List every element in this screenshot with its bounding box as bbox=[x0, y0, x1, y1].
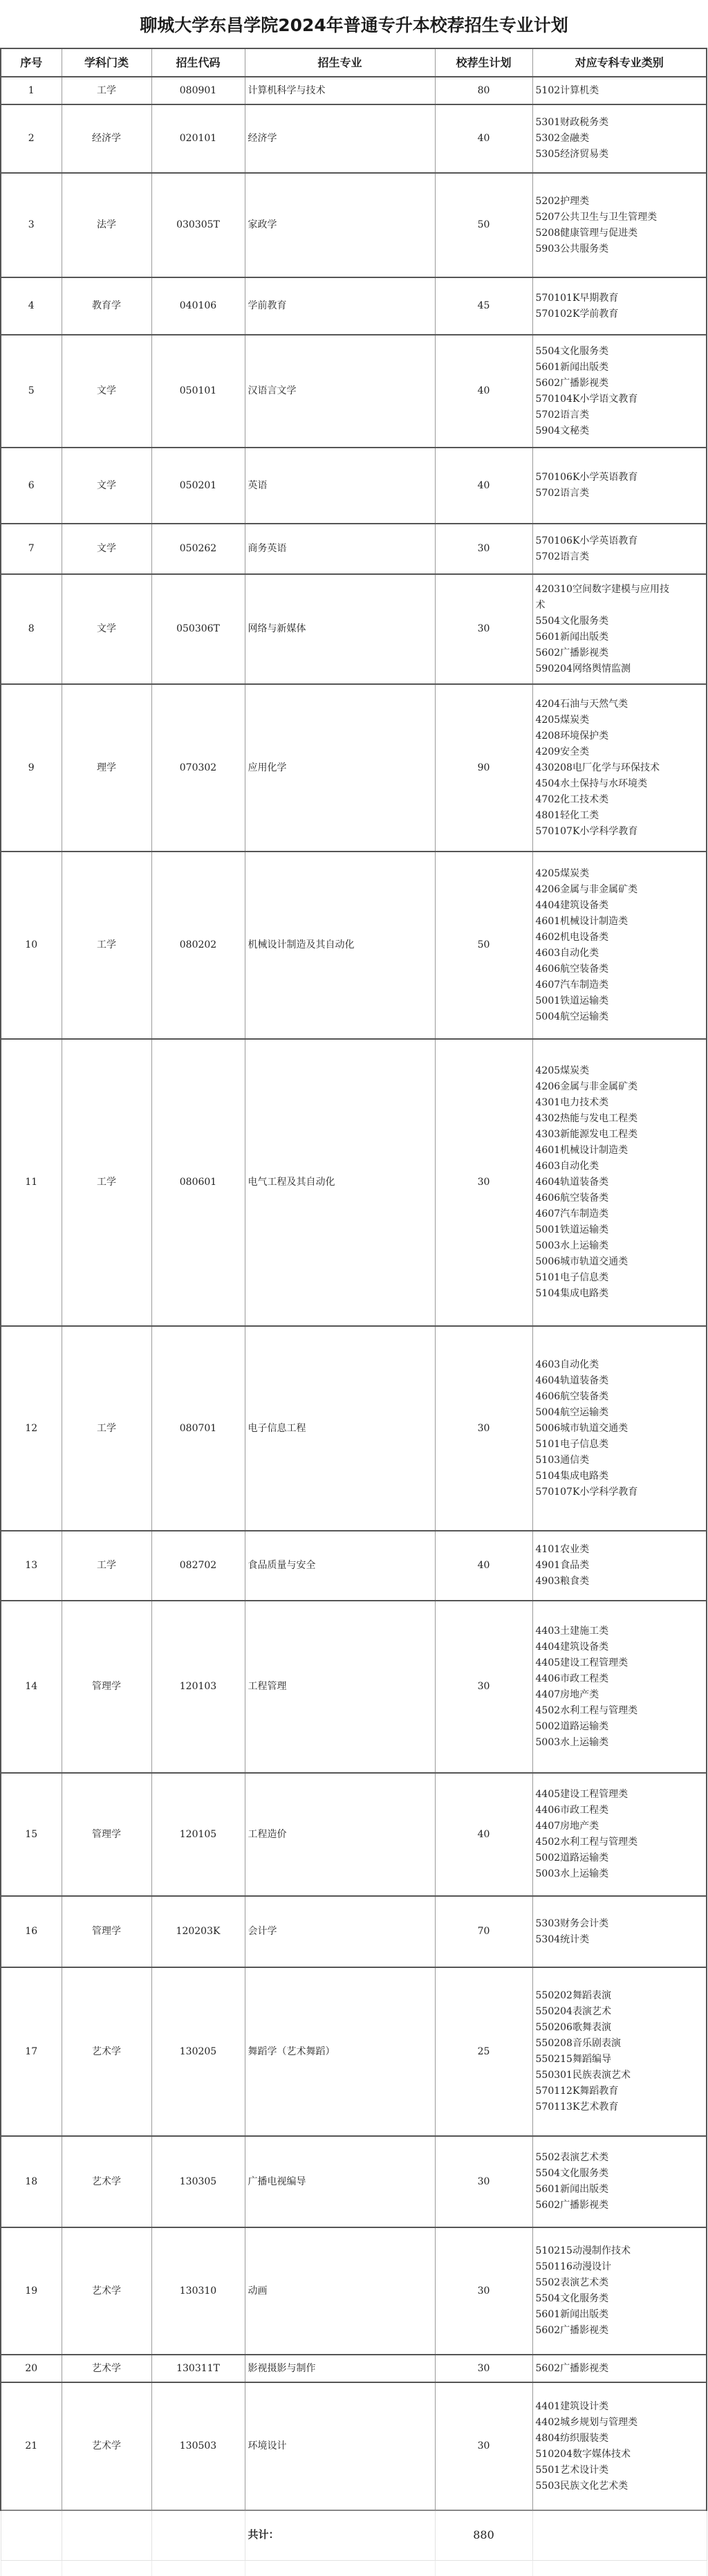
quota-cell: 40 bbox=[435, 448, 532, 524]
source-major-item: 5301财政税务类 bbox=[536, 115, 707, 131]
table-row: 21艺术学130503环境设计304401建筑设计类4402城乡规划与管理类48… bbox=[1, 2382, 707, 2510]
category-cell: 教育学 bbox=[62, 277, 151, 335]
table-row: 6文学050201英语40570106K小学英语教育5702语言类 bbox=[1, 448, 707, 524]
seq-cell: 3 bbox=[1, 173, 62, 277]
code-cell: 030305T bbox=[151, 173, 245, 277]
code-cell: 130503 bbox=[151, 2382, 245, 2510]
major-cell: 网络与新媒体 bbox=[245, 574, 435, 684]
source-major-item: 4206金属与非金属矿类 bbox=[536, 882, 707, 898]
quota-cell: 40 bbox=[435, 335, 532, 448]
source-major-item: 4302热能与发电工程类 bbox=[536, 1111, 707, 1127]
quota-cell: 50 bbox=[435, 173, 532, 277]
quota-cell: 70 bbox=[435, 1896, 532, 1967]
source-major-item: 5601新闻出版类 bbox=[536, 360, 707, 376]
seq-cell: 8 bbox=[1, 574, 62, 684]
table-row: 17艺术学130205舞蹈学（艺术舞蹈）25550202舞蹈表演550204表演… bbox=[1, 1967, 707, 2136]
source-major-item: 4205煤炭类 bbox=[536, 712, 707, 728]
source-major-item: 5004航空运输类 bbox=[536, 1009, 707, 1025]
header-code: 招生代码 bbox=[151, 48, 245, 77]
category-cell: 艺术学 bbox=[62, 2355, 151, 2382]
source-major-item: 4504水土保持与水环境类 bbox=[536, 776, 707, 792]
source-major-item: 4404建筑设备类 bbox=[536, 898, 707, 914]
source-majors-cell: 550202舞蹈表演550204表演艺术550206歌舞表演550208音乐剧表… bbox=[532, 1967, 707, 2136]
category-cell: 工学 bbox=[62, 1326, 151, 1531]
source-major-item: 5504文化服务类 bbox=[536, 2166, 707, 2182]
source-major-item: 430208电厂化学与环保技术 bbox=[536, 760, 707, 776]
table-row: 9理学070302应用化学904204石油与天然气类4205煤炭类4208环境保… bbox=[1, 684, 707, 852]
seq-cell: 15 bbox=[1, 1773, 62, 1896]
source-major-item: 5504文化服务类 bbox=[536, 614, 707, 629]
source-major-item: 4101农业类 bbox=[536, 1542, 707, 1558]
seq-cell: 19 bbox=[1, 2227, 62, 2355]
source-major-item: 570101K早期教育 bbox=[536, 291, 707, 306]
source-major-item: 5601新闻出版类 bbox=[536, 2307, 707, 2323]
major-cell: 动画 bbox=[245, 2227, 435, 2355]
source-major-item: 5302金融类 bbox=[536, 131, 707, 147]
category-cell: 工学 bbox=[62, 1039, 151, 1326]
source-major-item: 5702语言类 bbox=[536, 407, 707, 423]
major-cell: 工程造价 bbox=[245, 1773, 435, 1896]
source-major-item: 5101电子信息类 bbox=[536, 1437, 707, 1453]
source-major-item: 5503民族文化艺术类 bbox=[536, 2478, 707, 2494]
source-majors-cell: 5202护理类5207公共卫生与卫生管理类5208健康管理与促进类5903公共服… bbox=[532, 173, 707, 277]
source-major-item: 5305经济贸易类 bbox=[536, 147, 707, 163]
blank-cell bbox=[435, 2560, 532, 2576]
table-row: 4教育学040106学前教育45570101K早期教育570102K学前教育 bbox=[1, 277, 707, 335]
quota-cell: 40 bbox=[435, 104, 532, 173]
seq-cell: 12 bbox=[1, 1326, 62, 1531]
blank-cell bbox=[1, 2560, 62, 2576]
code-cell: 080601 bbox=[151, 1039, 245, 1326]
category-cell: 工学 bbox=[62, 77, 151, 104]
table-body: 1工学080901计算机科学与技术805102计算机类2经济学020101经济学… bbox=[1, 77, 707, 2510]
seq-cell: 13 bbox=[1, 1531, 62, 1601]
source-major-item: 550206歌舞表演 bbox=[536, 2020, 707, 2036]
source-major-item: 5903公共服务类 bbox=[536, 241, 707, 257]
quota-cell: 25 bbox=[435, 1967, 532, 2136]
source-major-item: 4603自动化类 bbox=[536, 1159, 707, 1175]
quota-cell: 30 bbox=[435, 2355, 532, 2382]
table-row: 18艺术学130305广播电视编导305502表演艺术类5504文化服务类560… bbox=[1, 2136, 707, 2227]
code-cell: 130305 bbox=[151, 2136, 245, 2227]
header-quota: 校荐生计划 bbox=[435, 48, 532, 77]
code-cell: 080202 bbox=[151, 852, 245, 1039]
source-major-item: 550116动漫设计 bbox=[536, 2259, 707, 2275]
code-cell: 020101 bbox=[151, 104, 245, 173]
source-major-item: 5602广播影视类 bbox=[536, 2361, 707, 2377]
source-major-item: 5502表演艺术类 bbox=[536, 2150, 707, 2166]
source-majors-cell: 5102计算机类 bbox=[532, 77, 707, 104]
page-title: 聊城大学东昌学院2024年普通专升本校荐招生专业计划 bbox=[0, 0, 708, 48]
category-cell: 艺术学 bbox=[62, 2227, 151, 2355]
major-cell: 汉语言文学 bbox=[245, 335, 435, 448]
source-major-item: 4303新能源发电工程类 bbox=[536, 1127, 707, 1143]
source-major-item: 5601新闻出版类 bbox=[536, 2182, 707, 2198]
source-majors-cell: 420310空间数字建模与应用技术5504文化服务类5601新闻出版类5602广… bbox=[532, 574, 707, 684]
source-major-item: 5702语言类 bbox=[536, 549, 707, 565]
source-majors-cell: 5301财政税务类5302金融类5305经济贸易类 bbox=[532, 104, 707, 173]
total-empty-cell bbox=[1, 2510, 62, 2560]
source-major-item: 4604轨道装备类 bbox=[536, 1373, 707, 1389]
source-major-item: 570112K舞蹈教育 bbox=[536, 2083, 707, 2099]
source-major-item: 5202护理类 bbox=[536, 194, 707, 210]
source-major-item: 4205煤炭类 bbox=[536, 1063, 707, 1079]
source-majors-cell: 4101农业类4901食品类4903粮食类 bbox=[532, 1531, 707, 1601]
source-majors-cell: 510215动漫制作技术550116动漫设计5502表演艺术类5504文化服务类… bbox=[532, 2227, 707, 2355]
quota-cell: 45 bbox=[435, 277, 532, 335]
code-cell: 040106 bbox=[151, 277, 245, 335]
source-major-item: 4401建筑设计类 bbox=[536, 2399, 707, 2415]
code-cell: 120105 bbox=[151, 1773, 245, 1896]
source-major-item: 570102K学前教育 bbox=[536, 306, 707, 322]
code-cell: 130311T bbox=[151, 2355, 245, 2382]
quota-cell: 90 bbox=[435, 684, 532, 852]
major-cell: 工程管理 bbox=[245, 1601, 435, 1773]
source-major-item: 4204石油与天然气类 bbox=[536, 697, 707, 712]
source-major-item: 510204数字媒体技术 bbox=[536, 2447, 707, 2463]
total-empty-cell bbox=[532, 2510, 707, 2560]
code-cell: 080901 bbox=[151, 77, 245, 104]
table-row: 12工学080701电子信息工程304603自动化类4604轨道装备类4606航… bbox=[1, 1326, 707, 1531]
source-majors-cell: 570106K小学英语教育5702语言类 bbox=[532, 524, 707, 574]
header-major: 招生专业 bbox=[245, 48, 435, 77]
quota-cell: 30 bbox=[435, 1326, 532, 1531]
source-majors-cell: 4205煤炭类4206金属与非金属矿类4301电力技术类4302热能与发电工程类… bbox=[532, 1039, 707, 1326]
seq-cell: 16 bbox=[1, 1896, 62, 1967]
source-majors-cell: 5602广播影视类 bbox=[532, 2355, 707, 2382]
source-major-item: 570104K小学语文教育 bbox=[536, 392, 707, 407]
blank-row bbox=[1, 2560, 707, 2576]
source-major-item: 4406市政工程类 bbox=[536, 1671, 707, 1687]
source-major-item: 4403土建施工类 bbox=[536, 1623, 707, 1639]
source-major-item: 5006城市轨道交通类 bbox=[536, 1254, 707, 1270]
blank-cell bbox=[151, 2560, 245, 2576]
code-cell: 050201 bbox=[151, 448, 245, 524]
category-cell: 文学 bbox=[62, 524, 151, 574]
source-major-item: 5904文秘类 bbox=[536, 423, 707, 439]
source-majors-cell: 570101K早期教育570102K学前教育 bbox=[532, 277, 707, 335]
table-row: 7文学050262商务英语30570106K小学英语教育5702语言类 bbox=[1, 524, 707, 574]
seq-cell: 5 bbox=[1, 335, 62, 448]
major-cell: 电子信息工程 bbox=[245, 1326, 435, 1531]
source-major-item: 5502表演艺术类 bbox=[536, 2275, 707, 2291]
source-major-item: 4702化工技术类 bbox=[536, 792, 707, 808]
total-row: 共计： 880 bbox=[1, 2510, 707, 2560]
source-major-item: 550204表演艺术 bbox=[536, 2004, 707, 2020]
total-empty-cell bbox=[62, 2510, 151, 2560]
source-major-item: 4402城乡规划与管理类 bbox=[536, 2415, 707, 2431]
seq-cell: 9 bbox=[1, 684, 62, 852]
source-major-item: 4903粮食类 bbox=[536, 1574, 707, 1590]
source-major-item: 5006城市轨道交通类 bbox=[536, 1421, 707, 1437]
source-major-item: 4206金属与非金属矿类 bbox=[536, 1079, 707, 1095]
seq-cell: 10 bbox=[1, 852, 62, 1039]
blank-cell bbox=[245, 2560, 435, 2576]
source-major-item: 5102计算机类 bbox=[536, 83, 707, 99]
quota-cell: 30 bbox=[435, 2136, 532, 2227]
code-cell: 130310 bbox=[151, 2227, 245, 2355]
code-cell: 130205 bbox=[151, 1967, 245, 2136]
category-cell: 艺术学 bbox=[62, 1967, 151, 2136]
quota-cell: 30 bbox=[435, 2227, 532, 2355]
source-major-item: 4407房地产类 bbox=[536, 1819, 707, 1834]
seq-cell: 7 bbox=[1, 524, 62, 574]
source-major-item: 570106K小学英语教育 bbox=[536, 470, 707, 486]
source-majors-cell: 5504文化服务类5601新闻出版类5602广播影视类570104K小学语文教育… bbox=[532, 335, 707, 448]
table-row: 16管理学120203K会计学705303财务会计类5304统计类 bbox=[1, 1896, 707, 1967]
source-major-item: 4502水利工程与管理类 bbox=[536, 1834, 707, 1850]
blank-cell bbox=[62, 2560, 151, 2576]
source-major-item: 5001铁道运输类 bbox=[536, 1222, 707, 1238]
source-major-item: 550202舞蹈表演 bbox=[536, 1988, 707, 2004]
source-major-item: 4607汽车制造类 bbox=[536, 1206, 707, 1222]
source-major-item: 4601机械设计制造类 bbox=[536, 1143, 707, 1159]
source-major-item: 4602机电设备类 bbox=[536, 930, 707, 946]
table-row: 1工学080901计算机科学与技术805102计算机类 bbox=[1, 77, 707, 104]
source-major-item: 4603自动化类 bbox=[536, 946, 707, 962]
table-row: 8文学050306T网络与新媒体30420310空间数字建模与应用技术5504文… bbox=[1, 574, 707, 684]
category-cell: 艺术学 bbox=[62, 2382, 151, 2510]
code-cell: 050101 bbox=[151, 335, 245, 448]
quota-cell: 50 bbox=[435, 852, 532, 1039]
source-major-item: 570106K小学英语教育 bbox=[536, 533, 707, 549]
category-cell: 理学 bbox=[62, 684, 151, 852]
quota-cell: 30 bbox=[435, 1039, 532, 1326]
table-row: 3法学030305T家政学505202护理类5207公共卫生与卫生管理类5208… bbox=[1, 173, 707, 277]
category-cell: 文学 bbox=[62, 574, 151, 684]
source-major-item: 5101电子信息类 bbox=[536, 1270, 707, 1286]
category-cell: 艺术学 bbox=[62, 2136, 151, 2227]
category-cell: 法学 bbox=[62, 173, 151, 277]
source-major-item: 5602广播影视类 bbox=[536, 376, 707, 392]
seq-cell: 1 bbox=[1, 77, 62, 104]
source-major-item: 5003水上运输类 bbox=[536, 1735, 707, 1751]
table-row: 15管理学120105工程造价404405建设工程管理类4406市政工程类440… bbox=[1, 1773, 707, 1896]
source-major-item: 550215舞蹈编导 bbox=[536, 2052, 707, 2068]
source-major-item: 550301民族表演艺术 bbox=[536, 2068, 707, 2083]
seq-cell: 14 bbox=[1, 1601, 62, 1773]
source-majors-cell: 5303财务会计类5304统计类 bbox=[532, 1896, 707, 1967]
source-major-item: 4405建设工程管理类 bbox=[536, 1787, 707, 1803]
major-cell: 应用化学 bbox=[245, 684, 435, 852]
source-majors-cell: 4204石油与天然气类4205煤炭类4208环境保护类4209安全类430208… bbox=[532, 684, 707, 852]
source-majors-cell: 4405建设工程管理类4406市政工程类4407房地产类4502水利工程与管理类… bbox=[532, 1773, 707, 1896]
seq-cell: 17 bbox=[1, 1967, 62, 2136]
source-major-item: 5103通信类 bbox=[536, 1453, 707, 1469]
major-cell: 经济学 bbox=[245, 104, 435, 173]
source-major-item: 5004航空运输类 bbox=[536, 1405, 707, 1421]
seq-cell: 20 bbox=[1, 2355, 62, 2382]
source-major-item: 4606航空装备类 bbox=[536, 1190, 707, 1206]
code-cell: 050306T bbox=[151, 574, 245, 684]
table-row: 20艺术学130311T影视摄影与制作305602广播影视类 bbox=[1, 2355, 707, 2382]
seq-cell: 4 bbox=[1, 277, 62, 335]
source-major-item: 5002道路运输类 bbox=[536, 1719, 707, 1735]
source-major-item: 4407房地产类 bbox=[536, 1687, 707, 1703]
code-cell: 082702 bbox=[151, 1531, 245, 1601]
category-cell: 文学 bbox=[62, 448, 151, 524]
source-major-item: 4406市政工程类 bbox=[536, 1803, 707, 1819]
major-cell: 会计学 bbox=[245, 1896, 435, 1967]
source-major-item: 510215动漫制作技术 bbox=[536, 2243, 707, 2259]
category-cell: 工学 bbox=[62, 1531, 151, 1601]
code-cell: 070302 bbox=[151, 684, 245, 852]
source-major-item: 590204网络舆情监测 bbox=[536, 661, 707, 677]
table-row: 5文学050101汉语言文学405504文化服务类5601新闻出版类5602广播… bbox=[1, 335, 707, 448]
source-major-item: 5702语言类 bbox=[536, 486, 707, 502]
source-major-item: 420310空间数字建模与应用技 bbox=[536, 582, 707, 598]
source-major-item: 5501艺术设计类 bbox=[536, 2463, 707, 2478]
total-label: 共计： bbox=[248, 2528, 279, 2541]
source-major-item: 4607汽车制造类 bbox=[536, 977, 707, 993]
source-major-item: 4901食品类 bbox=[536, 1558, 707, 1574]
major-cell: 食品质量与安全 bbox=[245, 1531, 435, 1601]
source-major-item: 4301电力技术类 bbox=[536, 1095, 707, 1111]
header-source-majors: 对应专科专业类别 bbox=[532, 48, 707, 77]
source-majors-cell: 5502表演艺术类5504文化服务类5601新闻出版类5602广播影视类 bbox=[532, 2136, 707, 2227]
major-cell: 环境设计 bbox=[245, 2382, 435, 2510]
table-header-row: 序号 学科门类 招生代码 招生专业 校荐生计划 对应专科专业类别 bbox=[1, 48, 707, 77]
seq-cell: 6 bbox=[1, 448, 62, 524]
source-major-item: 5003水上运输类 bbox=[536, 1866, 707, 1882]
major-cell: 电气工程及其自动化 bbox=[245, 1039, 435, 1326]
major-cell: 计算机科学与技术 bbox=[245, 77, 435, 104]
source-major-item: 5602广播影视类 bbox=[536, 2323, 707, 2339]
source-majors-cell: 570106K小学英语教育5702语言类 bbox=[532, 448, 707, 524]
seq-cell: 11 bbox=[1, 1039, 62, 1326]
quota-cell: 40 bbox=[435, 1773, 532, 1896]
category-cell: 文学 bbox=[62, 335, 151, 448]
header-seq: 序号 bbox=[1, 48, 62, 77]
source-major-item: 4606航空装备类 bbox=[536, 1389, 707, 1405]
total-value: 880 bbox=[473, 2528, 494, 2541]
source-majors-cell: 4403土建施工类4404建筑设备类4405建设工程管理类4406市政工程类44… bbox=[532, 1601, 707, 1773]
major-cell: 家政学 bbox=[245, 173, 435, 277]
table-row: 14管理学120103工程管理304403土建施工类4404建筑设备类4405建… bbox=[1, 1601, 707, 1773]
source-major-item: 术 bbox=[536, 598, 707, 614]
source-major-item: 5104集成电路类 bbox=[536, 1286, 707, 1302]
source-major-item: 5208健康管理与促进类 bbox=[536, 226, 707, 241]
source-majors-cell: 4205煤炭类4206金属与非金属矿类4404建筑设备类4601机械设计制造类4… bbox=[532, 852, 707, 1039]
major-cell: 舞蹈学（艺术舞蹈） bbox=[245, 1967, 435, 2136]
major-cell: 影视摄影与制作 bbox=[245, 2355, 435, 2382]
category-cell: 管理学 bbox=[62, 1773, 151, 1896]
table-row: 19艺术学130310动画30510215动漫制作技术550116动漫设计550… bbox=[1, 2227, 707, 2355]
major-cell: 商务英语 bbox=[245, 524, 435, 574]
source-major-item: 4601机械设计制造类 bbox=[536, 914, 707, 930]
source-major-item: 4604轨道装备类 bbox=[536, 1175, 707, 1190]
major-cell: 机械设计制造及其自动化 bbox=[245, 852, 435, 1039]
quota-cell: 30 bbox=[435, 2382, 532, 2510]
source-major-item: 5601新闻出版类 bbox=[536, 629, 707, 645]
category-cell: 工学 bbox=[62, 852, 151, 1039]
source-major-item: 4606航空装备类 bbox=[536, 962, 707, 977]
source-major-item: 4804纺织服装类 bbox=[536, 2431, 707, 2447]
category-cell: 管理学 bbox=[62, 1601, 151, 1773]
code-cell: 080701 bbox=[151, 1326, 245, 1531]
code-cell: 050262 bbox=[151, 524, 245, 574]
quota-cell: 80 bbox=[435, 77, 532, 104]
quota-cell: 30 bbox=[435, 574, 532, 684]
source-major-item: 570107K小学科学教育 bbox=[536, 824, 707, 840]
quota-cell: 40 bbox=[435, 1531, 532, 1601]
source-majors-cell: 4603自动化类4604轨道装备类4606航空装备类5004航空运输类5006城… bbox=[532, 1326, 707, 1531]
enrollment-plan-table: 序号 学科门类 招生代码 招生专业 校荐生计划 对应专科专业类别 1工学0809… bbox=[0, 48, 707, 2576]
source-major-item: 5303财务会计类 bbox=[536, 1916, 707, 1932]
major-cell: 学前教育 bbox=[245, 277, 435, 335]
header-category: 学科门类 bbox=[62, 48, 151, 77]
seq-cell: 21 bbox=[1, 2382, 62, 2510]
source-major-item: 5003水上运输类 bbox=[536, 1238, 707, 1254]
category-cell: 管理学 bbox=[62, 1896, 151, 1967]
code-cell: 120203K bbox=[151, 1896, 245, 1967]
source-major-item: 550208音乐剧表演 bbox=[536, 2036, 707, 2052]
source-major-item: 5001铁道运输类 bbox=[536, 993, 707, 1009]
source-major-item: 4603自动化类 bbox=[536, 1357, 707, 1373]
source-major-item: 4502水利工程与管理类 bbox=[536, 1703, 707, 1719]
source-major-item: 5104集成电路类 bbox=[536, 1469, 707, 1484]
source-major-item: 4205煤炭类 bbox=[536, 866, 707, 882]
seq-cell: 18 bbox=[1, 2136, 62, 2227]
table-row: 11工学080601电气工程及其自动化304205煤炭类4206金属与非金属矿类… bbox=[1, 1039, 707, 1326]
source-major-item: 4801轻化工类 bbox=[536, 808, 707, 824]
quota-cell: 30 bbox=[435, 1601, 532, 1773]
source-major-item: 570113K艺术教育 bbox=[536, 2099, 707, 2115]
source-major-item: 5002道路运输类 bbox=[536, 1850, 707, 1866]
source-majors-cell: 4401建筑设计类4402城乡规划与管理类4804纺织服装类510204数字媒体… bbox=[532, 2382, 707, 2510]
table-row: 13工学082702食品质量与安全404101农业类4901食品类4903粮食类 bbox=[1, 1531, 707, 1601]
blank-cell bbox=[532, 2560, 707, 2576]
source-major-item: 4208环境保护类 bbox=[536, 728, 707, 744]
major-cell: 广播电视编导 bbox=[245, 2136, 435, 2227]
source-major-item: 4209安全类 bbox=[536, 744, 707, 760]
category-cell: 经济学 bbox=[62, 104, 151, 173]
source-major-item: 570107K小学科学教育 bbox=[536, 1484, 707, 1500]
major-cell: 英语 bbox=[245, 448, 435, 524]
seq-cell: 2 bbox=[1, 104, 62, 173]
source-major-item: 5504文化服务类 bbox=[536, 344, 707, 360]
total-empty-cell bbox=[151, 2510, 245, 2560]
source-major-item: 5304统计类 bbox=[536, 1932, 707, 1948]
source-major-item: 5602广播影视类 bbox=[536, 2198, 707, 2214]
table-row: 10工学080202机械设计制造及其自动化504205煤炭类4206金属与非金属… bbox=[1, 852, 707, 1039]
source-major-item: 5504文化服务类 bbox=[536, 2291, 707, 2307]
source-major-item: 5602广播影视类 bbox=[536, 645, 707, 661]
source-major-item: 5207公共卫生与卫生管理类 bbox=[536, 210, 707, 226]
table-row: 2经济学020101经济学405301财政税务类5302金融类5305经济贸易类 bbox=[1, 104, 707, 173]
source-major-item: 4405建设工程管理类 bbox=[536, 1655, 707, 1671]
code-cell: 120103 bbox=[151, 1601, 245, 1773]
source-major-item: 4404建筑设备类 bbox=[536, 1639, 707, 1655]
quota-cell: 30 bbox=[435, 524, 532, 574]
